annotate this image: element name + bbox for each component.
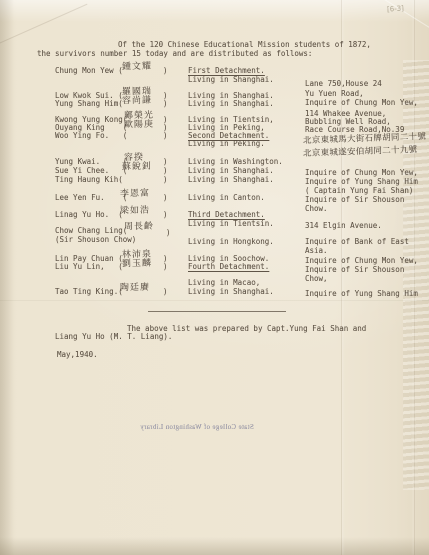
typed-text-line: Lee Yen Fu. ( (55, 194, 127, 202)
typed-text-line: Living in Washington. (188, 158, 283, 166)
chinese-name-characters: 梁如浩 (120, 207, 150, 216)
typed-text-line: ) (163, 132, 168, 140)
typed-text-line: Yung Kwai. ( (55, 158, 127, 166)
chinese-name-characters: 蘇銳釗 (122, 163, 152, 172)
typed-text-line: Living in Shanghai. (188, 100, 274, 108)
typed-text-line: Inquire of Yung Shang Him (305, 178, 418, 186)
typed-text-line: ) (163, 167, 168, 175)
typed-text-line: ) (163, 158, 168, 166)
typed-text-line: ) (166, 229, 171, 237)
typed-text-line: Living in Hongkong. (188, 238, 274, 246)
typed-text-line: Inquire of Yung Shang Him (305, 290, 418, 298)
typed-text-line: (Sir Shouson Chow) (55, 236, 136, 244)
typed-text-line: Asia. (305, 247, 328, 255)
first-detachment-heading: First Detachment. (188, 67, 265, 75)
chinese-name-characters: 陶廷賡 (120, 284, 150, 293)
handwritten-chinese-address: 北京東城遂安伯胡同二十九號 (303, 146, 418, 158)
typed-text-line: Yung Shang Him( (55, 100, 123, 108)
typed-divider-rule (148, 311, 286, 312)
chinese-name-characters: 歐陽庚 (124, 121, 154, 130)
typed-text-line: ) (163, 288, 168, 296)
paper-top-highlight (0, 0, 429, 22)
typed-text-line: Chow Chang Ling( (55, 227, 127, 235)
typed-text-line: Living in Tientsin. (188, 220, 274, 228)
paper-crease (0, 300, 429, 301)
typed-text-line: Living in Macao, (188, 279, 260, 287)
chinese-name-characters: 周長齡 (124, 223, 154, 232)
typed-text-line: Woo Ying Fo. ( (55, 132, 127, 140)
typed-text-line: Inquire of Sir Shouson (305, 266, 404, 274)
chinese-name-characters: 劉玉麟 (122, 260, 152, 269)
typed-text-line: Inquire of Sir Shouson (305, 196, 404, 204)
typed-text-line: 314 Elgin Avenue. (305, 222, 382, 230)
heading-line-2: the survivors number 15 today and are di… (37, 50, 312, 58)
typed-text-line: ) (163, 67, 168, 75)
typed-text-line: ( Captain Yung Fai Shan) (305, 187, 413, 195)
typed-text-line: Living in Shanghai. (188, 288, 274, 296)
typed-text-line: Chow. (305, 205, 328, 213)
typed-text-line: Yu Yuen Road, (305, 90, 364, 98)
typed-text-line: Inquire of Chung Mon Yew, (305, 99, 418, 107)
typed-text-line: ) (163, 263, 168, 271)
footer-line-2: Liang Yu Ho (M. T. Liang). (55, 333, 172, 341)
footer-date: May,1940. (57, 351, 98, 359)
typed-text-line: ) (163, 100, 168, 108)
heading-line-1: Of the 120 Chinese Educational Mission s… (118, 41, 371, 49)
typed-text-line: ) (163, 211, 168, 219)
typed-text-line: Chung Mon Yew ( (55, 67, 123, 75)
typed-text-line: Inquire of Bank of East (305, 238, 409, 246)
typed-text-line: Inquire of Chung Mon Yew, (305, 169, 418, 177)
typed-text-line: Inquire of Chung Mon Yew, (305, 257, 418, 265)
typed-text-line: ) (163, 194, 168, 202)
typed-text-line: Living in Shanghai. (188, 167, 274, 175)
document-page: Of the 120 Chinese Educational Mission s… (0, 0, 429, 555)
typed-text-line: Linag Yu Ho. ( (55, 211, 123, 219)
chinese-name-characters: 容尚謙 (122, 97, 152, 106)
typed-text-line: Liu Yu Lin, ( (55, 263, 123, 271)
typed-text-line: ) (163, 176, 168, 184)
paper-wrinkle-texture (403, 60, 429, 490)
chinese-name-characters: 鍾文耀 (122, 63, 152, 72)
typed-text-line: Ting Haung Kih( (55, 176, 123, 184)
typed-text-line: Living in Peking. (188, 140, 265, 148)
typed-text-line: Tao Ting King.( (55, 288, 123, 296)
paper-left-shadow (0, 0, 14, 555)
typed-text-line: Living in Shanghai. (188, 176, 274, 184)
chinese-name-characters: 容揆 (124, 154, 144, 162)
typed-text-line: Living in Canton. (188, 194, 265, 202)
typed-text-line: Lane 750,House 24 (305, 80, 382, 88)
paper-bottom-shadow (0, 537, 429, 555)
fourth-detachment-heading: Fourth Detachment. (188, 263, 269, 271)
chinese-name-characters: 李恩富 (120, 190, 150, 199)
third-detachment-heading: Third Detachment. (188, 211, 265, 219)
typed-text-line: Living in Shanghai. (188, 76, 274, 84)
library-stamp: State College of Washington Library (140, 424, 254, 432)
pencil-note: [6-3] (387, 4, 404, 13)
typed-text-line: Sue Yi Chee. ( (55, 167, 127, 175)
typed-text-line: Chow, (305, 275, 328, 283)
